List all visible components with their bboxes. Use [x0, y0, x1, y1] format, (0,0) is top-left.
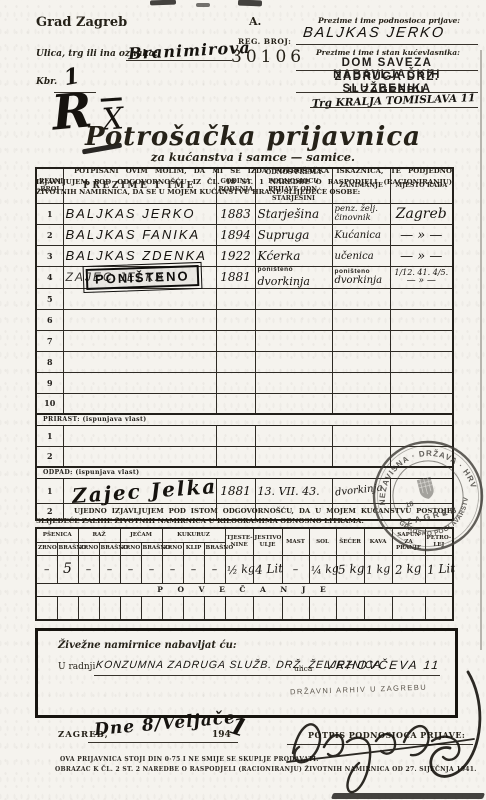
- form-line: [310, 107, 478, 108]
- sub-col: ZRNO: [120, 542, 141, 555]
- col-group-raz: RAŽ: [78, 528, 120, 542]
- scan-edge-line: [480, 50, 482, 650]
- table-row: 5: [36, 288, 453, 309]
- row-number: 5: [36, 288, 63, 309]
- shop-street-value-handwritten: VRHOVČEVA 11: [325, 658, 441, 672]
- form-line: [296, 44, 478, 45]
- col-group-kukuruz: KUKURUZ: [162, 528, 225, 542]
- form-line: [287, 744, 473, 745]
- sub-col: ZRNO: [36, 542, 57, 555]
- col-jestivo-ulje: JESTIVO ULJE: [253, 528, 282, 555]
- supply-value: –: [44, 563, 50, 576]
- col-header-odnos: ODNOS PREMA PODNOSIOCU PRIJAVE ODN. STAR…: [255, 168, 332, 204]
- row-number: 4: [36, 267, 63, 289]
- col-header-zanimanje: ZANIMANJE: [332, 168, 390, 204]
- supply-value: –: [149, 563, 155, 576]
- table-row: 10: [36, 393, 453, 414]
- col-sol: SOL: [309, 528, 336, 555]
- povecanje-row: P O V E Č A N J E: [36, 583, 453, 596]
- person-name: BALJKAS FANIKA: [66, 227, 201, 242]
- relation: Supruga: [258, 228, 310, 242]
- supplies-empty-row: [36, 596, 453, 620]
- supply-value: ½ kg: [226, 561, 255, 576]
- occupation: dvorkinja: [335, 275, 383, 286]
- relation: Starješina: [258, 207, 320, 221]
- row-number: 9: [36, 372, 63, 393]
- row-number: 3: [36, 246, 63, 267]
- odpad-date: 13. VII. 43.: [258, 485, 320, 498]
- person-name: BALJKAS JERKO: [66, 206, 196, 221]
- sub-col: KLIP: [183, 542, 204, 555]
- city-title: Grad Zagreb: [36, 15, 127, 30]
- row-number: 1: [36, 204, 63, 225]
- occupation: penz. želj. činovnik: [335, 205, 388, 223]
- col-group-psenica: PŠENICA: [36, 528, 78, 542]
- birth-year: 1881: [220, 484, 251, 498]
- row-number: 10: [36, 393, 63, 414]
- col-header-godina: GODINA ROĐENJA: [216, 168, 255, 204]
- person-name: BALJKAS ZDENKA: [66, 248, 207, 263]
- supply-value: –: [191, 563, 197, 576]
- birth-year: 1881: [220, 270, 251, 284]
- sub-col: BRAŠNO: [57, 542, 78, 555]
- birth-year: 1894: [220, 228, 251, 242]
- shop-street-label: ulica: [294, 664, 312, 673]
- workplace-ditto: — » —: [393, 277, 451, 286]
- supply-value: 4 Lit: [254, 561, 283, 577]
- scan-artifact: [331, 793, 485, 799]
- col-mast: MAST: [282, 528, 309, 555]
- shop-label: U radnji: [58, 662, 95, 672]
- row-number: 1: [36, 478, 63, 503]
- supply-value: –: [293, 563, 299, 576]
- relation: dvorkinja: [258, 275, 310, 288]
- procurement-title: Živežne namirnice nabavljat ću:: [58, 640, 237, 651]
- table-row: 2 BALJKAS FANIKA 1894 Supruga Kućanica —…: [36, 225, 453, 246]
- prirast-section-row: PRIRAST: (ispunjava vlast): [36, 414, 453, 425]
- supply-value: 5 kg: [337, 561, 364, 577]
- povecanje-label: P O V E Č A N J E: [36, 583, 453, 596]
- houseowner-label: Prezime i ime i stan kućevlasnika:: [316, 48, 460, 57]
- supply-value: ¼ kg: [310, 561, 339, 576]
- supply-value: –: [107, 563, 113, 576]
- supply-value: –: [212, 563, 218, 576]
- official-round-stamp: NEZAVISNA · DRŽAVA · HRVATSKA GRADSKO PO…: [370, 438, 486, 554]
- supply-value: –: [170, 563, 176, 576]
- row-number: 2: [36, 446, 63, 467]
- occupation: učenica: [335, 251, 374, 262]
- col-secer: ŠEĆER: [336, 528, 364, 555]
- table-row: 7: [36, 330, 453, 351]
- col-header-mjesto-rada: MJESTO RADA: [390, 168, 453, 204]
- stamp-number: 18: [405, 501, 414, 510]
- supply-value: 1 kg: [365, 561, 390, 576]
- relation: Kćerka: [258, 249, 301, 263]
- footer-line1: OVA PRIJAVNICA STOJI DIN 0·75 I NE SMIJE…: [60, 756, 319, 763]
- supply-value: –: [128, 563, 134, 576]
- table-row: 1 BALJKAS JERKO 1883 Starješina penz. že…: [36, 204, 453, 225]
- sub-col: ZRNO: [162, 542, 183, 555]
- persons-table-header-row: REDNI BROJ PREZIME I IME GODINA ROĐENJA …: [36, 168, 453, 204]
- col-header-prezime-ime: PREZIME I IME: [63, 168, 216, 204]
- row-number: 6: [36, 309, 63, 330]
- table-row: 6: [36, 309, 453, 330]
- archive-stamp-text: DRŽAVNI ARHIV U ZAGREBU: [290, 683, 428, 697]
- scan-artifact: [196, 3, 210, 7]
- row-number: 2: [36, 225, 63, 246]
- table-row: 9: [36, 372, 453, 393]
- applicant-label: Prezime i ime podnosioca prijave:: [318, 16, 460, 25]
- supply-value: 1 Lit: [426, 561, 455, 577]
- scan-artifact: [238, 0, 262, 6]
- scanned-form-page: Grad Zagreb A. REG. BROJ: 30106 Prezime …: [0, 0, 486, 800]
- table-row: 8: [36, 351, 453, 372]
- procurement-box: Živežne namirnice nabavljat ću: U radnji…: [35, 628, 458, 718]
- sub-col: BRAŠNO: [141, 542, 162, 555]
- prirast-label: PRIRAST: (ispunjava vlast): [36, 414, 453, 425]
- ponisteno-stamp: PONIŠTENO: [85, 265, 198, 290]
- applicant-name-handwritten: BALJKAS JERKO: [302, 25, 446, 41]
- workplace-ditto: — » —: [400, 228, 442, 243]
- birth-year: 1922: [220, 249, 251, 263]
- supply-value: 5: [63, 561, 72, 577]
- col-group-jecam: JEČAM: [120, 528, 162, 542]
- table-row-cancelled: 4 ZAJEC JELKA PONIŠTENO 1881 poništeno d…: [36, 267, 453, 289]
- row-number: 7: [36, 330, 63, 351]
- workplace-ditto: — » —: [400, 249, 442, 264]
- form-line: [126, 60, 232, 61]
- odpad-person-name: Zajec Jelka: [71, 473, 218, 507]
- workplace: Zagreb: [396, 206, 447, 222]
- form-line: [88, 742, 238, 743]
- supply-value: –: [86, 563, 92, 576]
- birth-year: 1883: [220, 207, 251, 221]
- row-number: 8: [36, 351, 63, 372]
- col-header-redni-broj: REDNI BROJ: [36, 168, 63, 204]
- footer-line2: OBRAZAC K ČL. 2 ST. 2 NAREDBE O RASPODJE…: [55, 766, 477, 773]
- supplies-values-row: – 5 – – – – – – – ½ kg 4 Lit – ¼ kg 5 kg…: [36, 555, 453, 583]
- supply-value: 2 kg: [395, 561, 423, 577]
- form-line: [94, 675, 440, 676]
- row-number: 1: [36, 425, 63, 446]
- table-row: 3 BALJKAS ZDENKA 1922 Kćerka učenica — »…: [36, 246, 453, 267]
- ponisteno-small-stamp: poništeno: [258, 267, 330, 274]
- sub-col: BRAŠNO: [204, 542, 225, 555]
- series-letter: A.: [249, 15, 261, 28]
- occupation: Kućanica: [335, 230, 381, 241]
- signature-label: POTPIS PODNOSIOCA PRIJAVE:: [308, 730, 465, 740]
- scan-artifact: [150, 0, 176, 5]
- sub-col: ZRNO: [78, 542, 99, 555]
- sub-col: BRAŠNO: [99, 542, 120, 555]
